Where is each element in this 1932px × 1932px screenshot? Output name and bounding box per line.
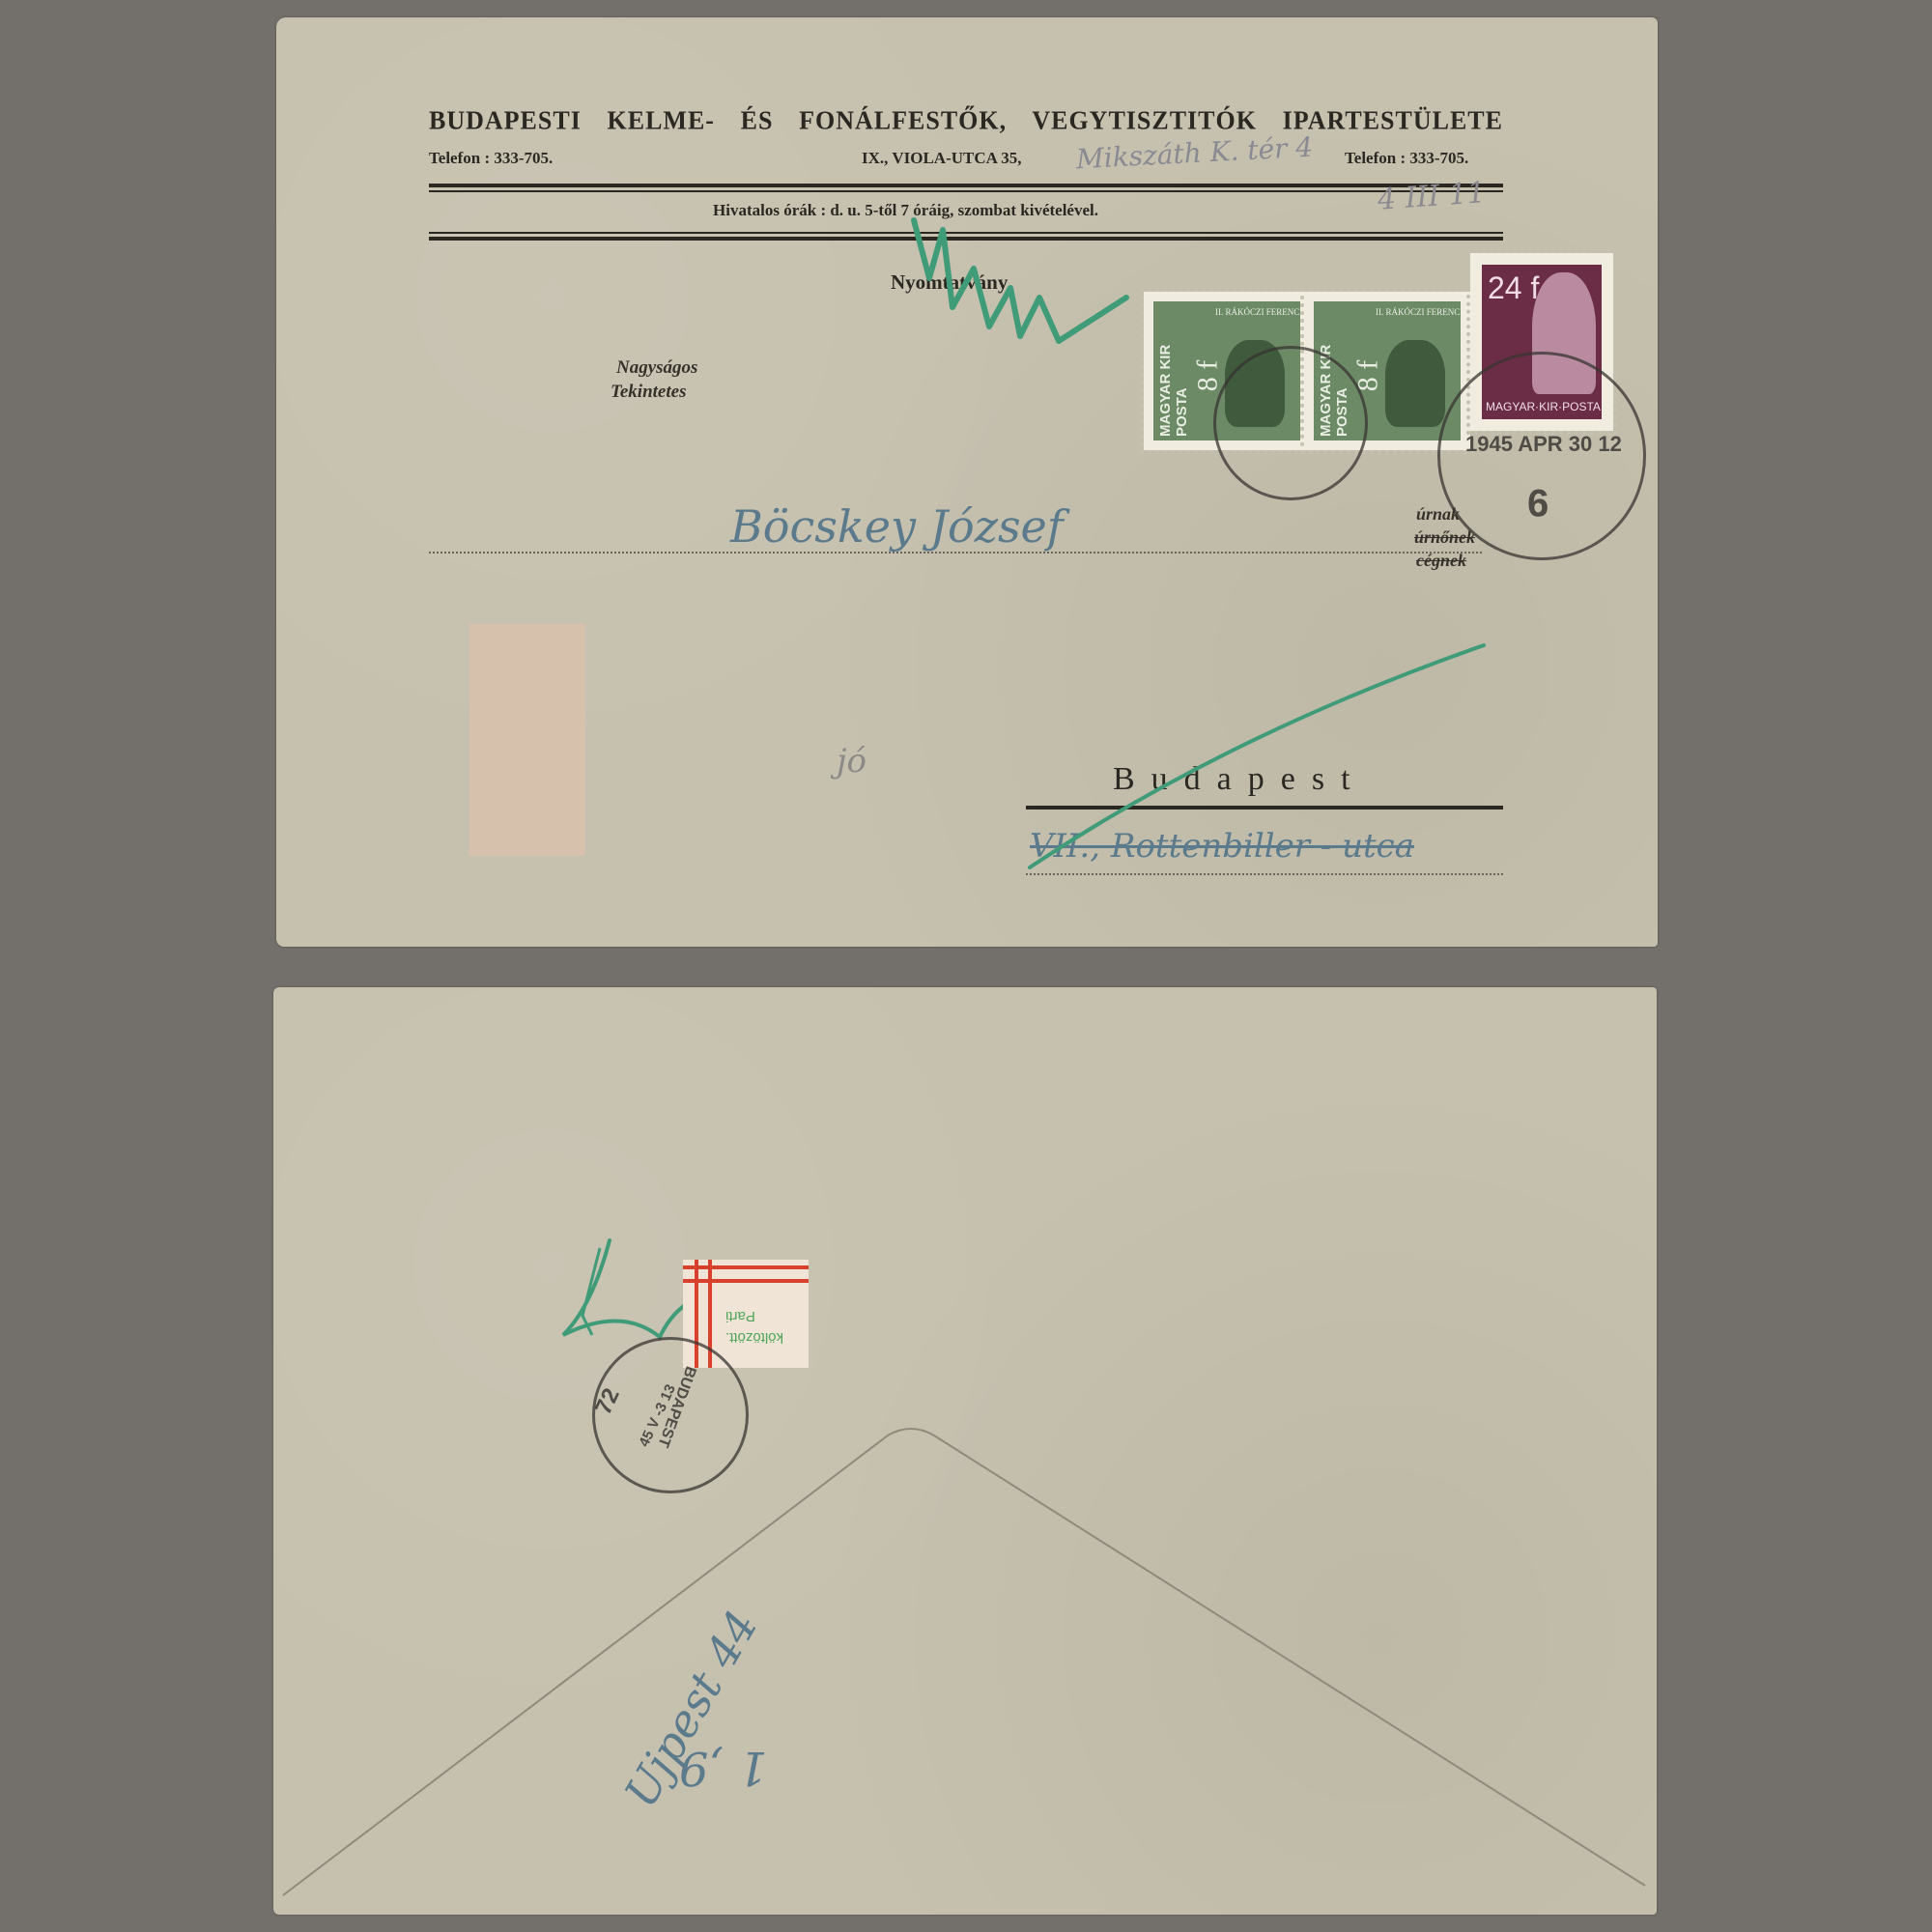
- postmark-back: BUDAPEST 45 V -3 13 72: [592, 1337, 749, 1493]
- label-text-2: Parti: [725, 1308, 755, 1324]
- stamp-subject: II. RÁKÓCZI FERENC: [1215, 307, 1299, 317]
- postmark-office: 9: [1527, 480, 1548, 524]
- label-text-1: költözött.: [725, 1329, 783, 1346]
- envelope-front: BUDAPESTI KELME- ÉS FONÁLFESTŐK, VEGYTIS…: [276, 17, 1658, 947]
- stamp-subject: II. RÁKÓCZI FERENC: [1376, 307, 1460, 317]
- postmark-office: 72: [590, 1384, 626, 1419]
- stamp-country: MAGYAR KIR POSTA: [1157, 305, 1190, 437]
- stamp-value: 24 f: [1488, 270, 1539, 306]
- envelope-flap: [273, 987, 1657, 1915]
- postmark-right: 1945 APR 30 12 9: [1437, 352, 1646, 560]
- back-note-2: 1 ,9: [679, 1741, 768, 1795]
- envelope-back: Parti költözött. BUDAPEST 45 V -3 13 72 …: [273, 987, 1657, 1915]
- postmark-left: [1213, 346, 1368, 500]
- stamp-value: 8 f: [1191, 360, 1224, 392]
- postmark-date: 1945 APR 30 12: [1465, 432, 1622, 457]
- portrait: [1385, 340, 1445, 427]
